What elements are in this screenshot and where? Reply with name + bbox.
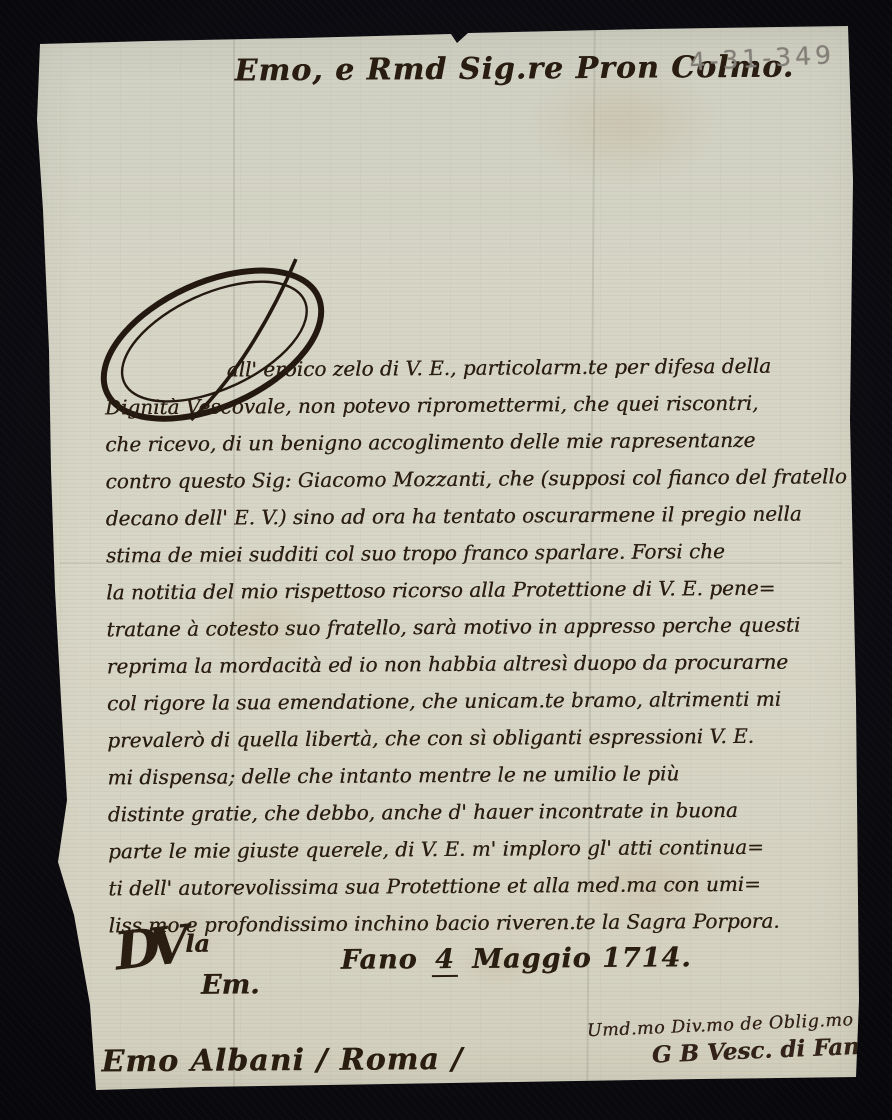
body-line: mi dispensa; delle che intanto mentre le…	[107, 754, 859, 796]
body-line: contro questo Sig: Giacomo Mozzanti, che…	[105, 458, 857, 500]
dateline-place: Fano	[341, 944, 418, 976]
body-line: ti dell' autorevolissima sua Protettione…	[108, 865, 860, 907]
dateline: Fano 4 Maggio 1714.	[341, 942, 692, 975]
body-line: tratane à cotesto suo fratello, sarà mot…	[106, 606, 858, 648]
dateline-day: 4	[432, 944, 458, 977]
body-line: che ricevo, di un benigno accoglimento d…	[105, 421, 857, 463]
body-line: liss.mo e profondissimo inchino bacio ri…	[108, 902, 860, 944]
body-line: decano dell' E. V.) sino ad ora ha tenta…	[106, 495, 858, 537]
closing-la: la	[185, 929, 210, 958]
body-line: prevalerò di quella libertà, che con sì …	[107, 717, 859, 759]
dateline-rest: Maggio 1714.	[472, 942, 692, 975]
body-line: distinte gratie, che debbo, anche d' hau…	[108, 791, 860, 833]
pencil-shelfmark: 4-31-349	[689, 40, 836, 76]
salutation-line: Emo, e Rmd Sig.re Pron Colmo.	[234, 50, 674, 88]
letter-paper: Emo, e Rmd Sig.re Pron Colmo. 4-31-349 D…	[0, 0, 892, 1120]
body-line: all' eroico zelo di V. E., particolarm.t…	[105, 347, 857, 389]
body-line: col rigore la sua emendatione, che unica…	[107, 680, 859, 722]
photo-background: Emo, e Rmd Sig.re Pron Colmo. 4-31-349 D…	[0, 0, 892, 1120]
closing-em: Em.	[201, 969, 260, 1000]
body-line: la notitia del mio rispettoso ricorso al…	[106, 569, 858, 611]
body-line: stima de miei sudditi col suo tropo fran…	[106, 532, 858, 574]
letter-content: Emo, e Rmd Sig.re Pron Colmo. 4-31-349 D…	[0, 0, 892, 1120]
body-line: parte le mie giuste querele, di V. E. m'…	[108, 828, 860, 870]
closing-monogram: DV	[112, 915, 183, 983]
letter-body: all' eroico zelo di V. E., particolarm.t…	[105, 347, 861, 944]
signature-block: Umd.mo Div.mo de Oblig.mo Servitore G B …	[586, 1006, 892, 1071]
closing-flourish: DVla Em.	[114, 918, 204, 980]
body-line: reprima la mordacità ed io non habbia al…	[107, 643, 859, 685]
address-line: Emo Albani / Roma /	[101, 1042, 463, 1080]
body-line: Dignità Vescovale, non potevo ripromette…	[105, 384, 857, 426]
